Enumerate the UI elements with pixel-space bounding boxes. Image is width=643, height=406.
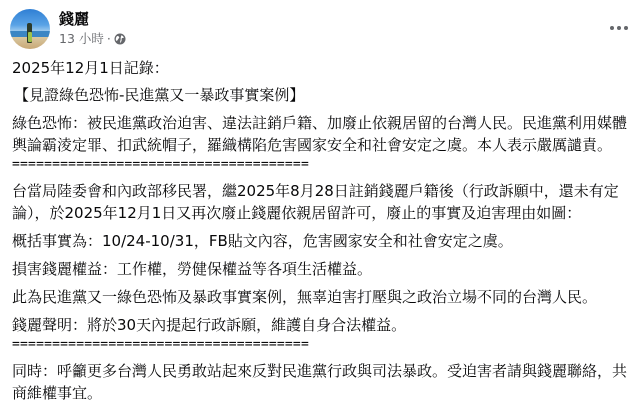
post-body: 2025年12月1日記錄： 【見證綠色恐怖-民進黨又一暴政事實案例】 綠色恐怖：… [12,57,636,404]
separator-line: ===================================== [12,156,636,174]
post-paragraph-statement: 錢麗聲明：將於30天內提起行政訴願，維護自身合法權益。 [12,314,636,336]
post-paragraph-authorities: 台當局陸委會和內政部移民署，繼2025年8月28日註銷錢麗戶籍後（行政訴願中，還… [12,180,636,224]
post-title-line: 【見證綠色恐怖-民進黨又一暴政事實案例】 [12,84,636,106]
post-paragraph-case: 此為民進黨又一綠色恐怖及暴政事實案例，無辜迫害打壓與之政治立場不同的台灣人民。 [12,286,636,308]
post-header: 錢麗 13 小時 · [0,0,643,52]
post-paragraph-summary: 概括事實為：10/24-10/31，FB貼文內容，危害國家安全和社會安定之虞。 [12,230,636,252]
avatar[interactable] [10,9,50,49]
post-meta: 13 小時 · [59,31,126,47]
author-name[interactable]: 錢麗 [59,10,89,28]
post-date-line: 2025年12月1日記錄： [12,57,636,79]
globe-icon[interactable] [114,33,126,45]
post-paragraph-green-terror: 綠色恐怖：被民進黨政治迫害、違法註銷戶籍、加廢止依親居留的台灣人民。民進黨利用媒… [12,112,636,156]
avatar-figure [27,23,32,43]
more-options-button[interactable] [601,12,637,44]
meta-separator: · [107,31,111,47]
post-paragraph-appeal: 同時：呼籲更多台灣人民勇敢站起來反對民進黨行政與司法暴政。受迫害者請與錢麗聯絡，… [12,360,636,404]
separator-line: ===================================== [12,336,636,354]
post-timestamp[interactable]: 13 小時 [59,31,104,47]
more-horizontal-icon [610,26,628,30]
post-paragraph-rights-damage: 損害錢麗權益：工作權，勞健保權益等各項生活權益。 [12,258,636,280]
